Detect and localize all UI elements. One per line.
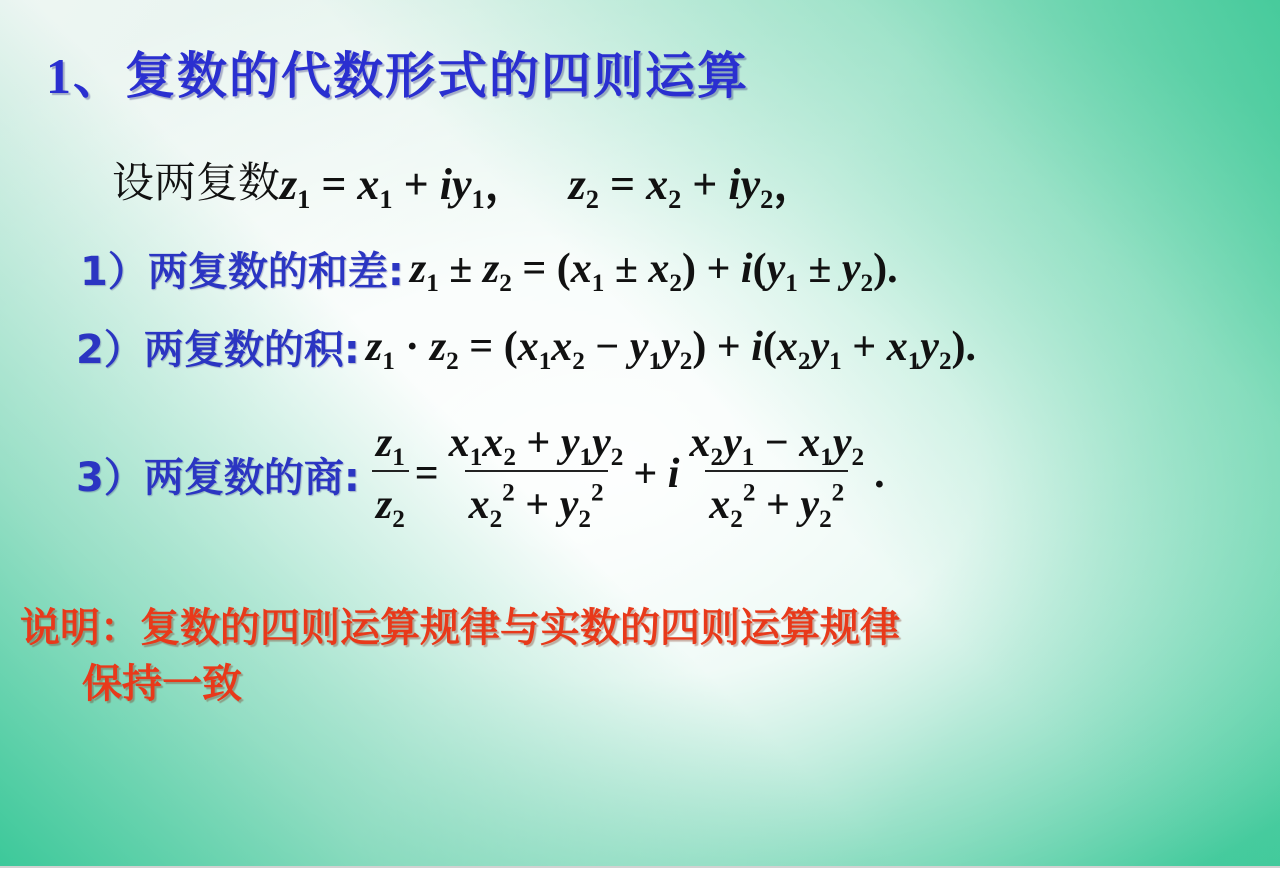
z2-definition: z2 = x2 + iy2， (569, 148, 818, 212)
rule-sum-difference: 1） 两复数的和差: z1 ± z2 = (x1 ± x2) + i(y1 ± … (80, 240, 898, 297)
intro-definition: 设两复数 z1 = x1 + iy1， z2 = x2 + iy2， (112, 148, 817, 212)
rule-product: 2） 两复数的积: z1 · z2 = (x1x2 − y1y2) + i(x2… (76, 318, 976, 375)
fraction-real-part: x1x2 + y1y2 x22 + y22 (445, 420, 628, 528)
title-text: 复数的代数形式的四则运算 (125, 47, 749, 105)
formula-sum-difference: z1 ± z2 = (x1 ± x2) + i(y1 ± y2). (410, 245, 898, 293)
note-line-2: 保持一致 (20, 656, 900, 712)
rule-marker: 3） (76, 446, 144, 503)
note-explanation: 说明：复数的四则运算规律与实数的四则运算规律 保持一致 (20, 600, 900, 712)
z1-definition: z1 = x1 + iy1， (280, 148, 529, 212)
fraction-imaginary-part: x2y1 − x1y2 x22 + y22 (685, 420, 868, 528)
formula-product: z1 · z2 = (x1x2 − y1y2) + i(x2y1 + x1y2)… (366, 323, 976, 371)
rule-marker: 1） (80, 240, 148, 297)
intro-text: 设两复数 (112, 150, 280, 210)
rule-label: 两复数的和差: (148, 240, 404, 297)
formula-quotient: z1 z2 = x1x2 + y1y2 x22 + y22 + i x2y1 −… (366, 420, 885, 528)
rule-label: 两复数的商: (144, 446, 360, 503)
slide-content: 1、复数的代数形式的四则运算 设两复数 z1 = x1 + iy1， z2 = … (0, 0, 1280, 866)
note-line-1: 说明：复数的四则运算规律与实数的四则运算规律 (20, 605, 900, 651)
rule-quotient: 3） 两复数的商: z1 z2 = x1x2 + y1y2 x22 + y22 … (76, 420, 885, 528)
slide-title: 1、复数的代数形式的四则运算 (46, 36, 749, 108)
slide-bottom-border (0, 866, 1280, 868)
fraction-z1-over-z2: z1 z2 (372, 420, 409, 528)
title-number: 1、 (46, 48, 125, 104)
rule-label: 两复数的积: (144, 318, 360, 375)
rule-marker: 2） (76, 318, 144, 375)
